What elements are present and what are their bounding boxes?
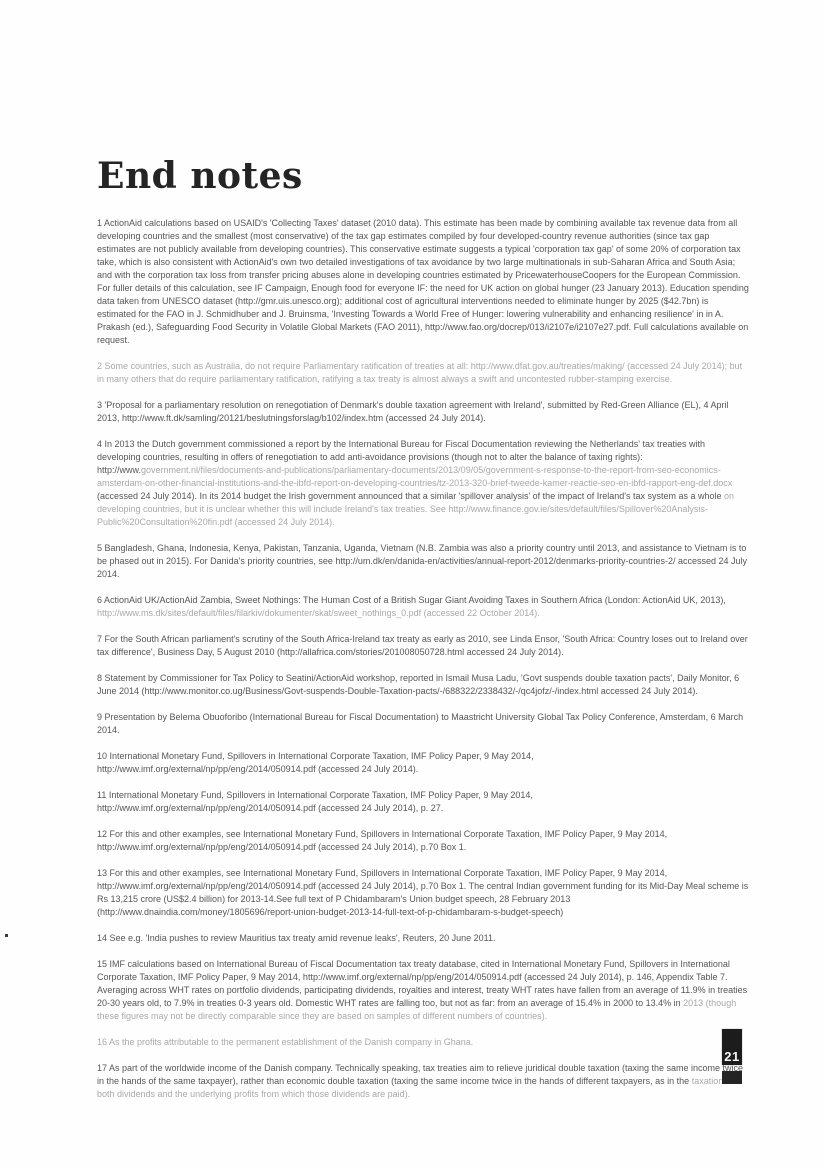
endnote: 16 As the profits attributable to the pe… bbox=[97, 1036, 749, 1049]
endnote: 14 See e.g. 'India pushes to review Maur… bbox=[97, 932, 749, 945]
endnote-number: 2 bbox=[97, 361, 105, 371]
endnote: 9 Presentation by Belema Obuoforibo (Int… bbox=[97, 711, 749, 737]
endnote: 10 International Monetary Fund, Spillove… bbox=[97, 750, 749, 776]
endnote-text: Statement by Commissioner for Tax Policy… bbox=[97, 673, 739, 696]
page-number: 21 bbox=[724, 1050, 739, 1065]
endnote: 4 In 2013 the Dutch government commissio… bbox=[97, 438, 749, 529]
page-title: End notes bbox=[97, 156, 749, 196]
endnote-text: International Monetary Fund, Spillovers … bbox=[97, 790, 533, 813]
endnote-text: As part of the worldwide income of the D… bbox=[97, 1063, 743, 1086]
endnote-number: 13 bbox=[97, 868, 110, 878]
endnote-text: See e.g. 'India pushes to review Mauriti… bbox=[110, 933, 496, 943]
endnote-text: For the South African parliament's scrut… bbox=[97, 634, 748, 657]
endnote-number: 1 bbox=[97, 218, 104, 228]
endnotes-section: End notes 1 ActionAid calculations based… bbox=[97, 156, 749, 1114]
endnote-number: 10 bbox=[97, 751, 110, 761]
endnote-text: government.nl/files/documents-and-public… bbox=[97, 465, 732, 488]
endnote-number: 14 bbox=[97, 933, 110, 943]
endnote: 17 As part of the worldwide income of th… bbox=[97, 1062, 749, 1101]
endnote: 13 For this and other examples, see Inte… bbox=[97, 867, 749, 919]
endnote-text: As the profits attributable to the perma… bbox=[109, 1037, 473, 1047]
endnote-number: 3 bbox=[97, 400, 105, 410]
endnote-text: Some countries, such as Australia, do no… bbox=[97, 361, 742, 384]
endnote: 15 IMF calculations based on Internation… bbox=[97, 958, 749, 1023]
endnote-text: 'Proposal for a parliamentary resolution… bbox=[97, 400, 729, 423]
endnote-number: 7 bbox=[97, 634, 105, 644]
endnote-text: IMF calculations based on International … bbox=[97, 959, 747, 1008]
endnote: 6 ActionAid UK/ActionAid Zambia, Sweet N… bbox=[97, 594, 749, 620]
scan-artifact-dot bbox=[5, 934, 8, 937]
endnote-number: 15 bbox=[97, 959, 110, 969]
endnote-text: ActionAid UK/ActionAid Zambia, Sweet Not… bbox=[104, 595, 726, 605]
page-number-badge: 21 bbox=[722, 1029, 742, 1065]
endnote-text: ActionAid calculations based on USAID's … bbox=[97, 218, 749, 345]
endnote-text: International Monetary Fund, Spillovers … bbox=[97, 751, 534, 774]
endnote-text: Bangladesh, Ghana, Indonesia, Kenya, Pak… bbox=[97, 543, 747, 579]
footer-decoration-block bbox=[722, 1071, 742, 1084]
document-page: End notes 1 ActionAid calculations based… bbox=[0, 0, 825, 1168]
endnote-text: For this and other examples, see Interna… bbox=[97, 829, 667, 852]
endnote-number: 11 bbox=[97, 790, 109, 800]
endnote: 1 ActionAid calculations based on USAID'… bbox=[97, 217, 749, 347]
endnote-text: Presentation by Belema Obuoforibo (Inter… bbox=[97, 712, 743, 735]
endnote: 2 Some countries, such as Australia, do … bbox=[97, 360, 749, 386]
endnote: 5 Bangladesh, Ghana, Indonesia, Kenya, P… bbox=[97, 542, 749, 581]
endnote: 12 For this and other examples, see Inte… bbox=[97, 828, 749, 854]
endnote: 8 Statement by Commissioner for Tax Poli… bbox=[97, 672, 749, 698]
endnote-text: http://www.ms.dk/sites/default/files/fil… bbox=[97, 608, 540, 618]
endnote-number: 9 bbox=[97, 712, 105, 722]
endnote-number: 5 bbox=[97, 543, 105, 553]
endnote-text: (accessed 24 July 2014). In its 2014 bud… bbox=[97, 491, 724, 501]
endnotes-list: 1 ActionAid calculations based on USAID'… bbox=[97, 217, 749, 1101]
endnote: 7 For the South African parliament's scr… bbox=[97, 633, 749, 659]
endnote-text: For this and other examples, see Interna… bbox=[97, 868, 748, 917]
endnote-number: 17 bbox=[97, 1063, 109, 1073]
endnote-number: 12 bbox=[97, 829, 110, 839]
endnote-number: 8 bbox=[97, 673, 105, 683]
endnote-number: 16 bbox=[97, 1037, 109, 1047]
endnote: 3 'Proposal for a parliamentary resoluti… bbox=[97, 399, 749, 425]
endnote-number: 6 bbox=[97, 595, 104, 605]
endnote-number: 4 bbox=[97, 439, 105, 449]
endnote: 11 International Monetary Fund, Spillove… bbox=[97, 789, 749, 815]
